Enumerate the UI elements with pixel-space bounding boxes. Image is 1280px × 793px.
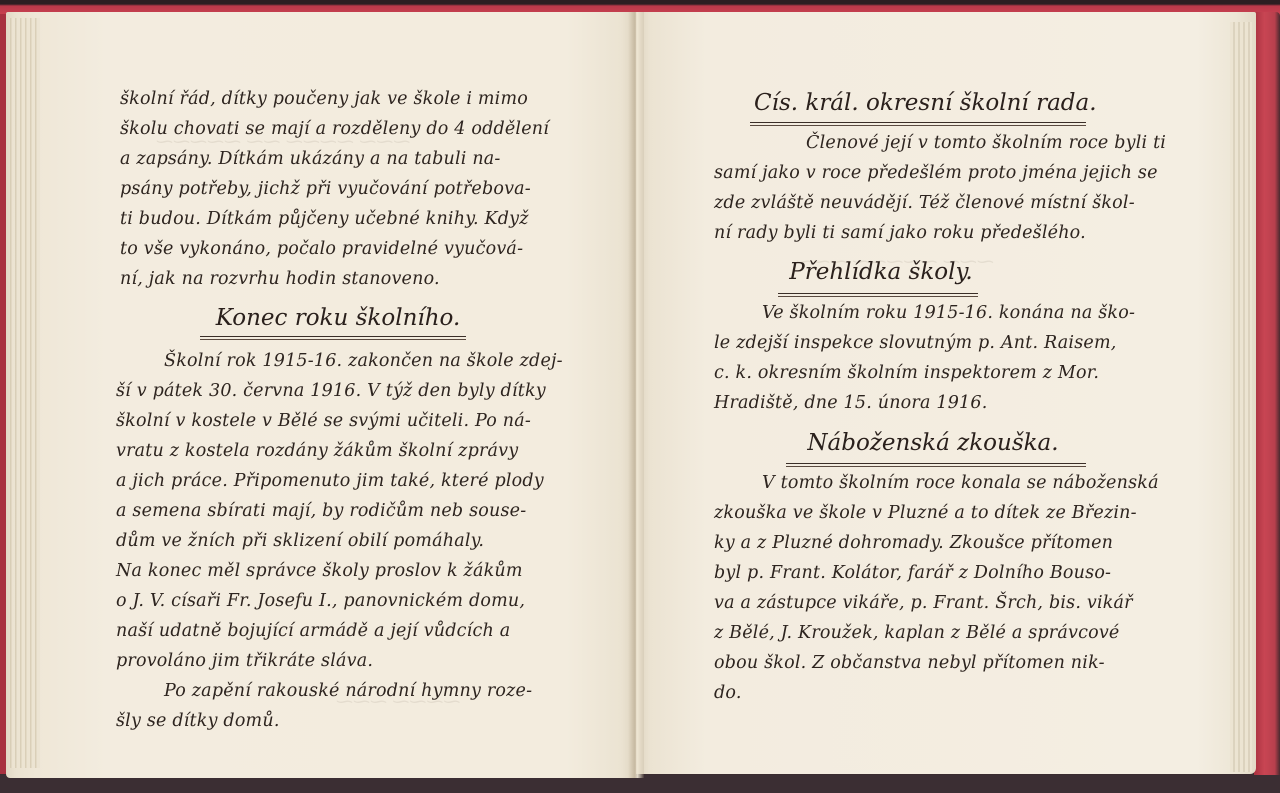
section-heading-district-school-board: Cís. král. okresní školní rada.: [754, 90, 1084, 116]
heading-underline: [786, 463, 1086, 467]
heading-underline: [778, 293, 978, 297]
text-line: do.: [714, 678, 1159, 708]
text-line: vratu z kostela rozdány žákům školní zpr…: [116, 436, 563, 466]
right-page: ⁓⁓⁓ ⁓⁓⁓⁓⁓ ⁓⁓⁓ Cís. král. okresní školní …: [636, 12, 1256, 774]
text-line: naší udatně bojující armádě a její vůdcí…: [116, 616, 563, 646]
text-line: Školní rok 1915-16. zakončen na škole zd…: [116, 346, 563, 376]
text-line: dům ve žních při sklizení obilí pomáhaly…: [116, 526, 563, 556]
text-line: c. k. okresním školním inspektorem z Mor…: [714, 358, 1135, 388]
section-heading-school-inspection: Přehlídka školy.: [786, 259, 976, 285]
text-line: a semena sbírati mají, by rodičům neb so…: [116, 496, 563, 526]
text-line: psány potřeby, jichž při vyučování potře…: [120, 174, 549, 204]
text-line: šly se dítky domů.: [116, 706, 563, 736]
left-intro-paragraph: školní řád, dítky poučeny jak ve škole i…: [120, 84, 549, 294]
text-line: le zdejší inspekce slovutným p. Ant. Rai…: [714, 328, 1135, 358]
text-line: školu chovati se mají a rozděleny do 4 o…: [120, 114, 549, 144]
text-line: byl p. Frant. Kolátor, farář z Dolního B…: [714, 558, 1159, 588]
text-line: ky a z Pluzné dohromady. Zkoušce přítome…: [714, 528, 1159, 558]
text-line: Ve školním roku 1915-16. konána na ško-: [714, 298, 1135, 328]
religious-exam-paragraph: V tomto školním roce konala se nábožensk…: [714, 468, 1159, 708]
end-of-year-paragraph: Školní rok 1915-16. zakončen na škole zd…: [116, 346, 563, 736]
text-line: ní, jak na rozvrhu hodin stanoveno.: [120, 264, 549, 294]
text-line: o J. V. císaři Fr. Josefu I., panovnické…: [116, 586, 563, 616]
text-line: V tomto školním roce konala se nábožensk…: [714, 468, 1159, 498]
text-line: obou škol. Z občanstva nebyl přítomen ni…: [714, 648, 1159, 678]
text-line: ní rady byli ti samí jako roku předešléh…: [714, 218, 1166, 248]
school-inspection-paragraph: Ve školním roku 1915-16. konána na ško- …: [714, 298, 1135, 418]
left-page-stack-edges: [10, 18, 40, 768]
text-line: Členové její v tomto školním roce byli t…: [714, 128, 1166, 158]
heading-underline: [200, 336, 466, 340]
text-line: Hradiště, dne 15. února 1916.: [714, 388, 1135, 418]
text-line: Na konec měl správce školy proslov k žák…: [116, 556, 563, 586]
book-cover-right-edge: [1254, 12, 1280, 792]
text-line: zde zvláště neuvádějí. Též členové místn…: [714, 188, 1166, 218]
book-spine-gutter: [628, 12, 644, 778]
text-line: školní v kostele v Bělé se svými učiteli…: [116, 406, 563, 436]
text-line: provoláno jim třikráte sláva.: [116, 646, 563, 676]
text-line: školní řád, dítky poučeny jak ve škole i…: [120, 84, 549, 114]
heading-underline: [750, 122, 1086, 126]
text-line: to vše vykonáno, počalo pravidelné vyučo…: [120, 234, 549, 264]
text-line: zkouška ve škole v Pluzné a to dítek ze …: [714, 498, 1159, 528]
district-school-board-paragraph: Členové její v tomto školním roce byli t…: [714, 128, 1166, 248]
text-line: Po zapění rakouské národní hymny roze-: [116, 676, 563, 706]
text-line: ti budou. Dítkám půjčeny učebné knihy. K…: [120, 204, 549, 234]
section-heading-end-of-school-year: Konec roku školního.: [198, 305, 478, 331]
text-line: samí jako v roce předešlém proto jména j…: [714, 158, 1166, 188]
text-line: z Bělé, J. Kroužek, kaplan z Bělé a sprá…: [714, 618, 1159, 648]
text-line: a jich práce. Připomenuto jim také, kter…: [116, 466, 563, 496]
left-page: ⁓⁓⁓ ⁓⁓⁓⁓ ⁓⁓ ⁓⁓⁓⁓⁓ ⁓⁓⁓⁓ ⁓⁓⁓ školní řád, d…: [6, 12, 636, 778]
text-line: va a zástupce vikáře, p. Frant. Šrch, bi…: [714, 588, 1159, 618]
section-heading-religious-exam: Náboženská zkouška.: [798, 430, 1068, 456]
text-line: ší v pátek 30. června 1916. V týž den by…: [116, 376, 563, 406]
text-line: a zapsány. Dítkám ukázány a na tabuli na…: [120, 144, 549, 174]
right-page-stack-edges: [1230, 22, 1252, 772]
